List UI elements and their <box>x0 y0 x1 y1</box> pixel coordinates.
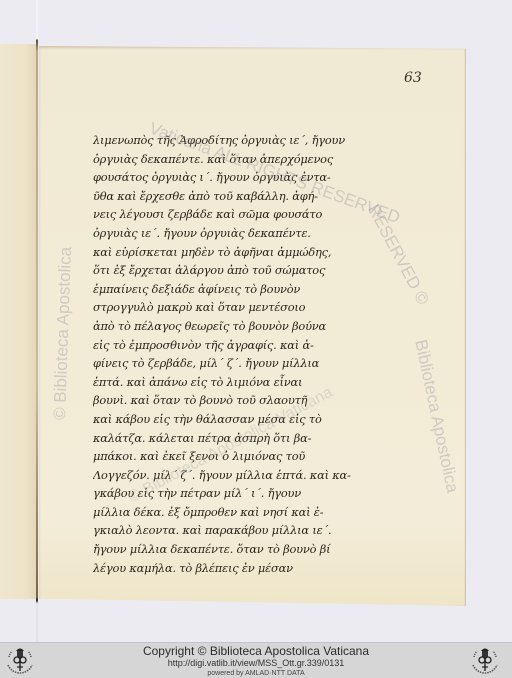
manuscript-line: φίνεις τὸ ζερβάδε, μίλ΄ ζ΄. ἤγουν μίλλια <box>93 354 393 373</box>
manuscript-line: ὅτι ἐξ ἔρχεται ἀλάργου ἀπὸ τοῦ σώματος <box>93 261 393 280</box>
manuscript-line: μπάκοι. καὶ ἐκεῖ ξενοι ὁ λιμιόνας τοῦ <box>93 447 393 466</box>
binding-gutter <box>36 0 38 642</box>
manuscript-line: ἀπὸ τὸ πέλαγος θεωρεῖς τὸ βουνὸν βούνα <box>93 317 393 336</box>
folio-number: 63 <box>404 70 422 86</box>
manuscript-line: ὀργυιὰς ιε΄. ἤγουν ὀργυιὰς δεκαπέντε. <box>93 224 393 243</box>
manuscript-line: μίλλια δέκα. ἐξ ὄμπροθεν καὶ νησί καὶ ἐ- <box>93 503 393 522</box>
manuscript-line: ἑπτά. καὶ ἀπάνω εἰς τὸ λιμιόνα εἶναι <box>93 373 393 392</box>
copyright-notice: Copyright © Biblioteca Apostolica Vatica… <box>0 644 512 658</box>
manuscript-line: φουσάτος ὀργυιὰς ι΄. ἤγουν ὀργυιὰς ἐντα- <box>93 168 393 187</box>
manuscript-line: ὀργυιὰς δεκαπέντε. καὶ ὅταν ἀπερχόμενος <box>93 150 393 169</box>
manuscript-line: λιμενωπὸς τῆς Ἀφροδίτης ὀργυιὰς ιε΄, ἤγο… <box>93 131 393 150</box>
manuscript-line: ἤγουν μίλλια δεκαπέντε. ὅταν τὸ βουνὸ βί <box>93 540 393 559</box>
manuscript-line: καὶ κάβου εἰς τὴν θάλασσαν μέσα εἰς τὸ <box>93 410 393 429</box>
manuscript-line: γκιαλὸ λεοντα. καὶ παρακάβου μίλλια ιε΄. <box>93 521 393 540</box>
manuscript-line: λέγου καμήλα. τὸ βλέπεις ἐν μέσαν <box>93 559 393 578</box>
manuscript-line: καλάτζα. κάλεται πέτρα ἀσπρὴ ὅτι βα- <box>93 429 393 448</box>
manuscript-permalink[interactable]: http://digi.vatlib.it/view/MSS_Ott.gr.33… <box>0 658 512 668</box>
manuscript-line: βουνὶ. καὶ ὅταν τὸ βουνὸ τοῦ σλαουτῆ <box>93 391 393 410</box>
copyright-footer: Copyright © Biblioteca Apostolica Vatica… <box>0 642 512 678</box>
manuscript-line: καὶ εὑρίσκεται μηδὲν τὸ ἀφῆναι ἀμμώδης, <box>93 243 393 262</box>
manuscript-viewer[interactable]: 63 λιμενωπὸς τῆς Ἀφροδίτης ὀργυιὰς ιε΄, … <box>0 0 512 642</box>
powered-by-credit: powered by AMLAD·NTT DATA <box>0 670 512 677</box>
vatican-library-seal-icon <box>468 645 502 677</box>
manuscript-line: στρογγυλὸ μακρὺ καὶ ὅταν μεντέσοιο <box>93 298 393 317</box>
manuscript-line: εἰς τὸ ἐμπροσθινὸν τῆς ἀγραφίς. καὶ ἀ- <box>93 336 393 355</box>
manuscript-line: ῦθα καὶ ἔρχεσθε ἀπὸ τοῦ καβάλλη. ἀφή- <box>93 187 393 206</box>
manuscript-text: λιμενωπὸς τῆς Ἀφροδίτης ὀργυιὰς ιε΄, ἤγο… <box>93 131 393 577</box>
manuscript-line: ἐμπαίνεις δεξιάδε ἀφίνεις τὸ βουνὸν <box>93 280 393 299</box>
facing-page-edge <box>0 44 37 599</box>
manuscript-line: Λογγεζόν. μίλ΄ ζ΄. ἤγουν μίλλια ἑπτά. κα… <box>93 466 393 485</box>
manuscript-line: νεις λέγουσι ζερβάδε καὶ σῶμα φουσάτο <box>93 205 393 224</box>
manuscript-line: γκάβου εἰς τὴν πέτραν μίλ΄ ι΄. ἤγουν <box>93 484 393 503</box>
